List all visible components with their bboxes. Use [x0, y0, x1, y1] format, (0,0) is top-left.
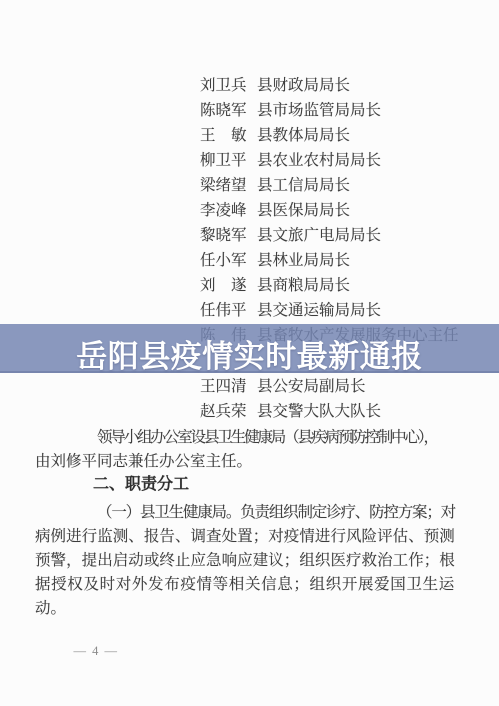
member-title: 县工信局局长	[257, 173, 350, 195]
document-page: 刘卫兵 县财政局局长 陈晓军 县市场监管局局长 王 敏 县教体局局长 柳卫平 县…	[0, 0, 499, 706]
member-name: 刘卫兵	[200, 73, 257, 95]
member-name: 陈晓军	[200, 98, 257, 120]
page-number: — 4 —	[58, 644, 134, 659]
member-title: 县商粮局局长	[257, 273, 350, 295]
roster-row: 李凌峰 县医保局局长	[200, 196, 459, 221]
paragraph-line: 领导小组办公室设县卫生健康局（县疾病预防控制中心），	[35, 426, 455, 450]
roster-row: 王 敏 县教体局局长	[200, 121, 459, 146]
banner-title: 岳阳县疫情实时最新通报	[76, 319, 423, 376]
member-title: 县医保局局长	[257, 198, 350, 220]
paragraph-line: 动。	[35, 597, 455, 621]
member-name: 赵兵荣	[200, 399, 257, 421]
member-name: 柳卫平	[200, 148, 257, 170]
news-banner-overlay: 岳阳县疫情实时最新通报	[0, 324, 499, 373]
health-bureau-duties-paragraph: （一）县卫生健康局。负责组织制定诊疗、防控方案；对病例进行监测、报告、调查处置；…	[35, 501, 455, 621]
roster-row: 赵兵荣 县交警大队大队长	[200, 397, 459, 422]
member-title: 县公安局副局长	[257, 374, 366, 396]
paragraph-line: 预警，提出启动或终止应急响应建议；组织医疗救治工作；根	[35, 549, 455, 573]
roster-row: 黎晓军 县文旅广电局局长	[200, 222, 459, 247]
member-name: 任小军	[200, 248, 257, 270]
roster-row: 陈晓军 县市场监管局局长	[200, 96, 459, 121]
member-title: 县农业农村局局长	[257, 148, 381, 170]
roster-row: 刘卫兵 县财政局局长	[200, 71, 459, 96]
member-name: 黎晓军	[200, 223, 257, 245]
member-name: 王四清	[200, 374, 257, 396]
member-name: 王 敏	[200, 123, 257, 145]
member-title: 县财政局局长	[257, 73, 350, 95]
document-body: 领导小组办公室设县卫生健康局（县疾病预防控制中心），由刘修平同志兼任办公室主任。…	[35, 426, 455, 621]
roster-row: 梁绪望 县工信局局长	[200, 171, 459, 196]
member-title: 县交通运输局局长	[257, 298, 381, 320]
office-setup-paragraph: 领导小组办公室设县卫生健康局（县疾病预防控制中心），由刘修平同志兼任办公室主任。	[35, 426, 455, 473]
paragraph-line: （一）县卫生健康局。负责组织制定诊疗、防控方案；对	[35, 501, 455, 525]
member-name: 任伟平	[200, 298, 257, 320]
section-heading: 二、职责分工	[35, 475, 455, 495]
member-title: 县文旅广电局局长	[257, 223, 381, 245]
paragraph-line: 据授权及时对外发布疫情等相关信息；组织开展爱国卫生运	[35, 573, 455, 597]
member-title: 县市场监管局局长	[257, 98, 381, 120]
paragraph-line: 由刘修平同志兼任办公室主任。	[35, 450, 455, 474]
member-name: 李凌峰	[200, 198, 257, 220]
roster-row: 任小军 县林业局局长	[200, 247, 459, 272]
member-name: 刘 遂	[200, 273, 257, 295]
roster-row: 刘 遂 县商粮局局长	[200, 272, 459, 297]
member-title: 县林业局局长	[257, 248, 350, 270]
member-title: 县交警大队大队长	[257, 399, 381, 421]
member-title: 县教体局局长	[257, 123, 350, 145]
paragraph-line: 病例进行监测、报告、调查处置；对疫情进行风险评估、预测	[35, 525, 455, 549]
member-name: 梁绪望	[200, 173, 257, 195]
roster-row: 柳卫平 县农业农村局局长	[200, 146, 459, 171]
